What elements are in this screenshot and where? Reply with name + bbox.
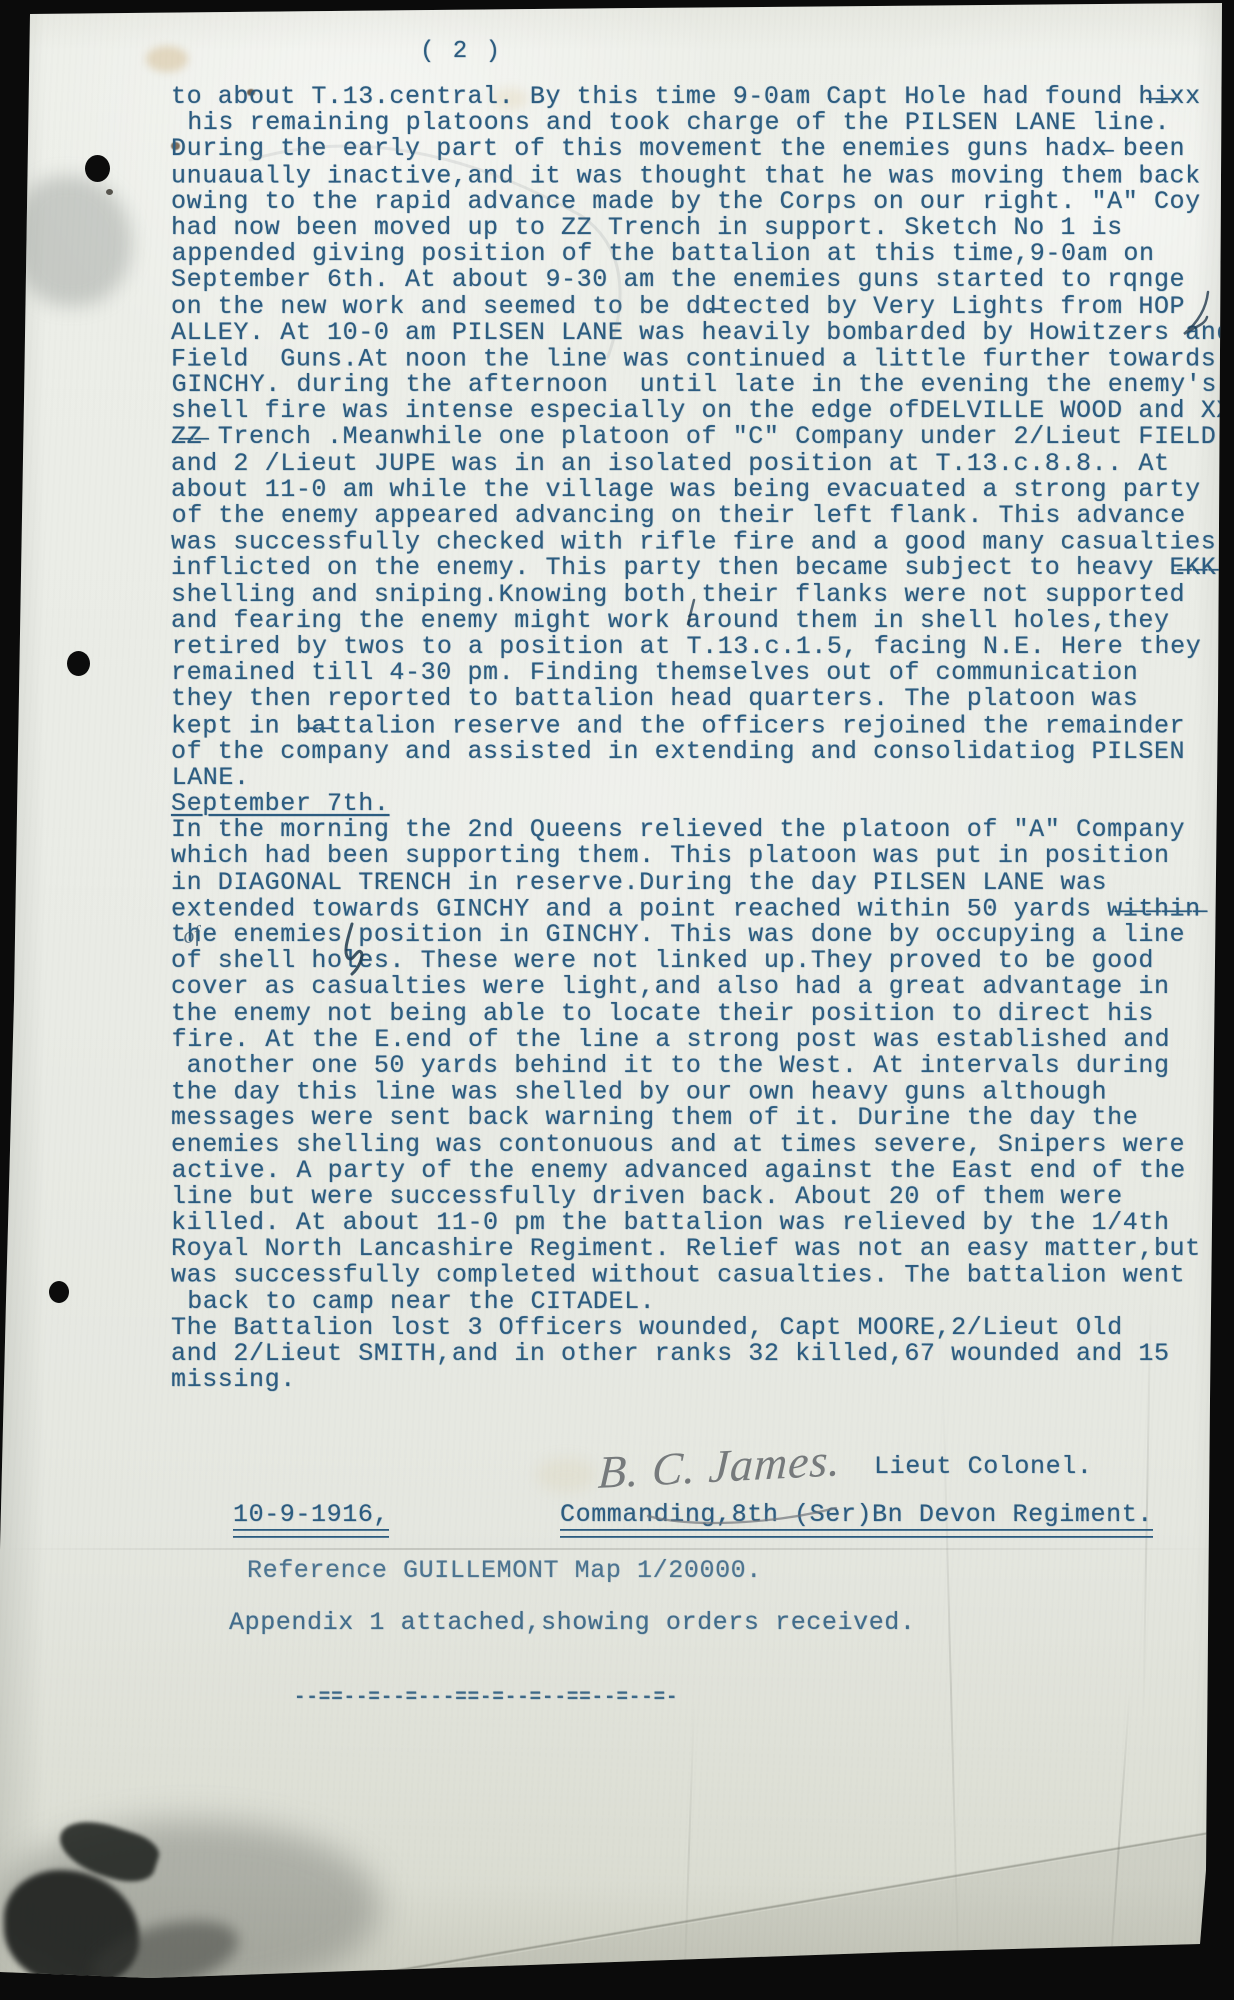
typed-line: had now been moved up to ZZ Trench in su… — [171, 215, 1234, 241]
typed-line: of the enemy appeared advancing on their… — [172, 503, 1234, 529]
typed-line: owing to the rapid advance made by the C… — [171, 189, 1234, 215]
typed-line: line but were successfully driven back. … — [171, 1184, 1234, 1210]
ink-blot-smudge — [0, 1820, 380, 1995]
typed-line: The Battalion lost 3 Officers wounded, C… — [171, 1315, 1234, 1341]
diary-date: 10-9-1916, — [233, 1500, 389, 1539]
pencil-smudge — [16, 176, 132, 306]
typed-line: inflicted on the enemy. This party then … — [171, 555, 1234, 581]
stain — [146, 46, 188, 72]
typed-line: kept in b̶a̶ttalion reserve and the offi… — [171, 713, 1234, 739]
typed-line: another one 50 yards behind it to the We… — [171, 1053, 1234, 1079]
typed-line: and 2/Lieut SMITH,and in other ranks 32 … — [171, 1341, 1234, 1367]
typed-line: was successfully checked with rifle fire… — [171, 530, 1234, 556]
typed-line: to about T.13.central. By this time 9-0a… — [171, 84, 1234, 110]
handwritten-signature: B. C. James. — [597, 1430, 899, 1499]
paper-sheet: ( 2 ) to about T.13.central. By this tim… — [0, 0, 1234, 2000]
diary-body-text: to about T.13.central. By this time 9-0a… — [171, 84, 1234, 1393]
crease-line — [0, 1548, 1234, 1550]
crease-line — [683, 1700, 695, 2000]
typed-line: the enemy not being able to locate their… — [171, 1001, 1234, 1027]
typed-line: back to camp near the CITADEL. — [172, 1289, 1234, 1315]
punch-hole — [49, 1281, 69, 1303]
appendix-note: Appendix 1 attached,showing orders recei… — [229, 1608, 916, 1637]
signature-rank: Lieut Colonel. — [874, 1452, 1092, 1481]
scanned-war-diary-page: { "page": { "number_label": "( 2 )", "co… — [0, 0, 1234, 2000]
typed-line: September 6th. At about 9-30 am the enem… — [171, 267, 1234, 293]
typed-line: unuaually inactive,and it was thought th… — [171, 163, 1234, 189]
typed-line: Field Guns.At noon the line was continue… — [171, 346, 1234, 372]
typed-line: extended towards GINCHY and a point reac… — [171, 896, 1234, 922]
typed-line: on the new work and seemed to be dd̶tect… — [171, 294, 1234, 320]
punch-hole — [85, 155, 110, 182]
map-reference: Reference GUILLEMONT Map 1/20000. — [247, 1556, 762, 1585]
typed-line: September 7th. — [171, 791, 1234, 817]
typed-line: cover as casualties were light,and also … — [171, 974, 1234, 1000]
typed-line: In the morning the 2nd Queens relieved t… — [171, 817, 1234, 843]
typed-line: shell fire was intense especially on the… — [171, 398, 1234, 424]
typed-line: ALLEY. At 10-0 am PILSEN LANE was heavil… — [171, 320, 1234, 346]
bottom-fold-crease — [240, 1831, 1216, 1998]
typed-line: and 2 /Lieut JUPE was in an isolated pos… — [171, 451, 1234, 477]
typed-line: LANE. — [172, 765, 1234, 791]
typed-line: appended giving position of the battalio… — [172, 241, 1234, 267]
typed-line: his remaining platoons and took charge o… — [172, 110, 1234, 136]
typed-line: the enemies position in GINCHY. This was… — [171, 922, 1234, 948]
typed-line: in DIAGONAL TRENCH in reserve.During the… — [171, 870, 1234, 896]
typed-line: messages were sent back warning them of … — [171, 1105, 1234, 1131]
punch-hole — [67, 651, 90, 676]
ink-blot — [53, 1812, 164, 1890]
typed-line: killed. At about 11-0 pm the battalion w… — [171, 1210, 1234, 1236]
page-number: ( 2 ) — [420, 38, 502, 65]
typed-line: fire. At the E.end of the line a strong … — [172, 1027, 1234, 1053]
stain — [536, 1458, 596, 1492]
typed-line: Z̶Z̶ Trench .Meanwhile one platoon of "C… — [171, 424, 1234, 450]
ink-blot — [4, 1870, 139, 1985]
typed-line: the day this line was shelled by our own… — [171, 1080, 1234, 1106]
typed-line: was successfully completed without casua… — [171, 1263, 1234, 1289]
typed-line: shelling and sniping.Knowing both their … — [171, 582, 1234, 608]
typed-line: GINCHY. during the afternoon until late … — [172, 372, 1234, 398]
typed-line: missing. — [171, 1367, 1234, 1393]
typed-divider: --==--=--=---==-=--=--==--=--=- — [294, 1686, 678, 1708]
typed-line: Royal North Lancashire Regiment. Relief … — [171, 1236, 1234, 1262]
crease-line — [1107, 1688, 1130, 1999]
typed-line: remained till 4-30 pm. Finding themselve… — [171, 660, 1234, 686]
commanding-officer-line: Commanding,8th (Ser)Bn Devon Regiment. — [560, 1500, 1153, 1539]
typed-line: and fearing the enemy might work around … — [171, 608, 1234, 634]
typed-line: which had been supporting them. This pla… — [171, 843, 1234, 869]
ink-blot — [85, 1908, 246, 2000]
typed-line: about 11-0 am while the village was bein… — [171, 477, 1234, 503]
typed-line: of shell holes. These were not linked up… — [171, 948, 1234, 974]
typed-line: they then reported to battalion head qua… — [171, 686, 1234, 712]
typed-line: enemies shelling was contonuous and at t… — [171, 1132, 1234, 1158]
typed-line: During the early part of this movement t… — [171, 136, 1234, 162]
typed-line: of the company and assisted in extending… — [171, 739, 1234, 765]
typed-line: active. A party of the enemy advanced ag… — [172, 1158, 1234, 1184]
stain — [106, 189, 113, 195]
typed-line: retired by twos to a position at T.13.c.… — [172, 634, 1234, 660]
